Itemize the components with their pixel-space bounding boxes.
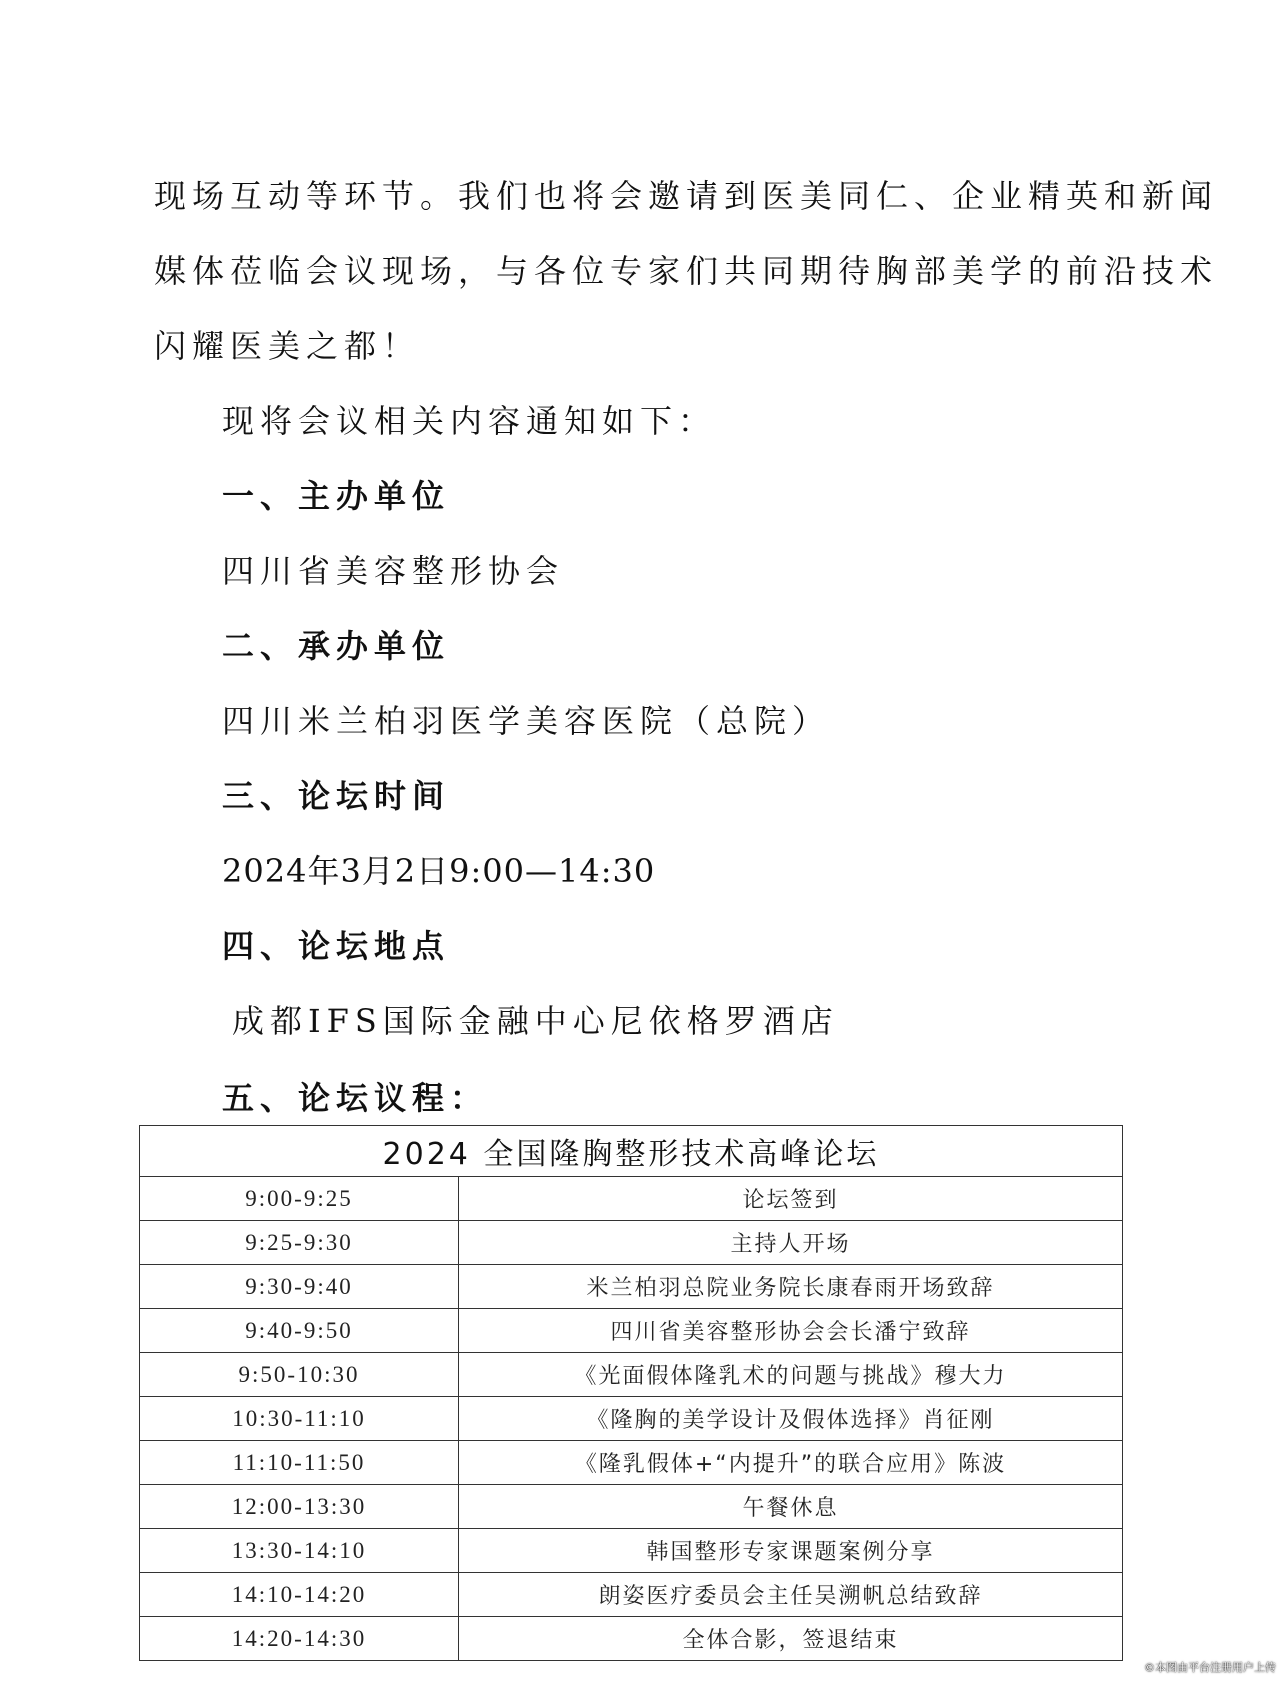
agenda-item: 《隆乳假体+“内提升”的联合应用》陈波 [459,1441,1123,1485]
agenda-item: 《光面假体隆乳术的问题与挑战》穆大力 [459,1353,1123,1397]
intro-line-1: 现场互动等环节。我们也将会邀请到医美同仁、企业精英和新闻 [154,176,1218,216]
agenda-item: 朗姿医疗委员会主任吴溯帆总结致辞 [459,1573,1123,1617]
agenda-time: 12:00-13:30 [140,1485,459,1529]
upload-watermark: ©本图由平台注册用户上传 [1144,1659,1276,1675]
agenda-time: 9:30-9:40 [140,1265,459,1309]
agenda-table: 2024 全国隆胸整形技术高峰论坛 9:00-9:25论坛签到 9:25-9:3… [139,1125,1123,1661]
agenda-item: 韩国整形专家课题案例分享 [459,1529,1123,1573]
table-row: 9:50-10:30《光面假体隆乳术的问题与挑战》穆大力 [140,1353,1123,1397]
agenda-time: 9:00-9:25 [140,1177,459,1221]
table-row: 9:25-9:30主持人开场 [140,1221,1123,1265]
table-row: 9:40-9:50四川省美容整形协会会长潘宁致辞 [140,1309,1123,1353]
section-heading-host: 二、承办单位 [222,626,450,666]
agenda-time: 14:10-14:20 [140,1573,459,1617]
section-content-host: 四川米兰柏羽医学美容医院（总院） [222,701,830,741]
agenda-item: 全体合影，签退结束 [459,1617,1123,1661]
table-row: 13:30-14:10韩国整形专家课题案例分享 [140,1529,1123,1573]
agenda-time: 9:50-10:30 [140,1353,459,1397]
agenda-time: 14:20-14:30 [140,1617,459,1661]
intro-line-2: 媒体莅临会议现场，与各位专家们共同期待胸部美学的前沿技术 [154,251,1218,291]
notice-line: 现将会议相关内容通知如下： [222,401,716,441]
table-row: 12:00-13:30午餐休息 [140,1485,1123,1529]
agenda-item: 主持人开场 [459,1221,1123,1265]
agenda-time: 11:10-11:50 [140,1441,459,1485]
table-row: 10:30-11:10《隆胸的美学设计及假体选择》肖征刚 [140,1397,1123,1441]
agenda-time: 13:30-14:10 [140,1529,459,1573]
table-row: 11:10-11:50《隆乳假体+“内提升”的联合应用》陈波 [140,1441,1123,1485]
section-heading-agenda: 五、论坛议程： [222,1078,488,1118]
table-row: 9:30-9:40米兰柏羽总院业务院长康春雨开场致辞 [140,1265,1123,1309]
agenda-time: 9:25-9:30 [140,1221,459,1265]
section-content-time: 2024年3月2日9:00—14:30 [222,851,655,891]
agenda-time: 9:40-9:50 [140,1309,459,1353]
agenda-title-row: 2024 全国隆胸整形技术高峰论坛 [140,1126,1123,1177]
agenda-item: 四川省美容整形协会会长潘宁致辞 [459,1309,1123,1353]
section-content-organizer: 四川省美容整形协会 [222,551,564,591]
section-heading-venue: 四、论坛地点 [222,926,450,966]
agenda-item: 米兰柏羽总院业务院长康春雨开场致辞 [459,1265,1123,1309]
table-row: 9:00-9:25论坛签到 [140,1177,1123,1221]
agenda-item: 午餐休息 [459,1485,1123,1529]
section-heading-organizer: 一、主办单位 [222,476,450,516]
intro-line-3: 闪耀医美之都！ [154,326,420,366]
agenda-item: 论坛签到 [459,1177,1123,1221]
agenda-item: 《隆胸的美学设计及假体选择》肖征刚 [459,1397,1123,1441]
agenda-title: 2024 全国隆胸整形技术高峰论坛 [140,1126,1123,1177]
table-row: 14:10-14:20朗姿医疗委员会主任吴溯帆总结致辞 [140,1573,1123,1617]
section-content-venue: 成都IFS国际金融中心尼依格罗酒店 [232,1001,839,1041]
agenda-time: 10:30-11:10 [140,1397,459,1441]
section-heading-time: 三、论坛时间 [222,776,450,816]
table-row: 14:20-14:30全体合影，签退结束 [140,1617,1123,1661]
